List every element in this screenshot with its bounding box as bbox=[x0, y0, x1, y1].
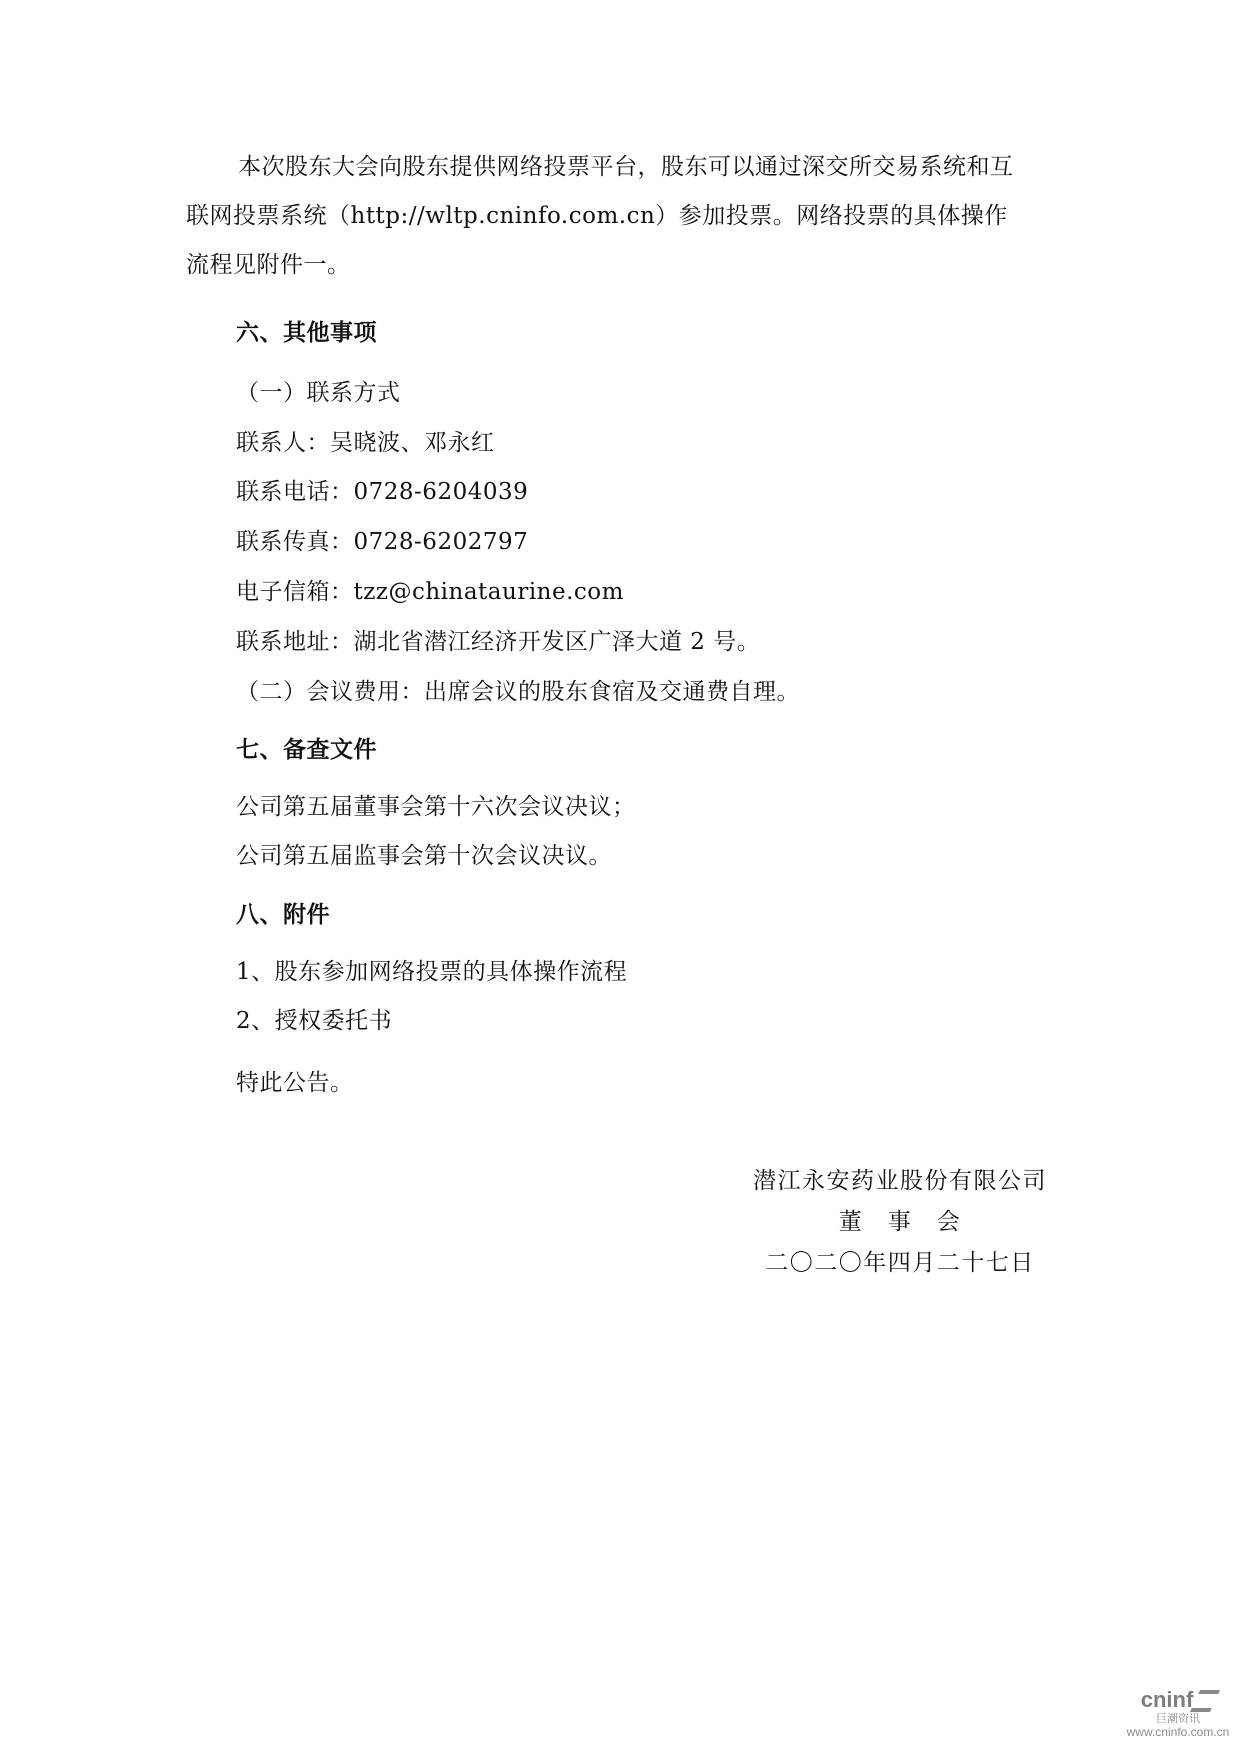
section-7-heading: 七、备查文件 bbox=[236, 735, 377, 765]
contact-person: 联系人：吴晓波、邓永红 bbox=[236, 428, 495, 458]
cninfo-watermark: cninf 巨潮资讯 www.cninfo.com.cn bbox=[1118, 1688, 1238, 1748]
cninfo-chinese-name: 巨潮资讯 bbox=[1118, 1712, 1238, 1725]
meeting-fee-note: （二）会议费用：出席会议的股东食宿及交通费自理。 bbox=[236, 677, 800, 707]
signature-board: 董 事 会 bbox=[740, 1207, 1060, 1237]
cninfo-swirl-icon bbox=[1190, 1690, 1220, 1712]
document-page: 本次股东大会向股东提供网络投票平台，股东可以通过深交所交易系统和互 联网投票系统… bbox=[0, 0, 1241, 1754]
contact-fax: 联系传真：0728-6202797 bbox=[236, 527, 528, 557]
closing-statement: 特此公告。 bbox=[236, 1068, 354, 1098]
contact-address: 联系地址：湖北省潜江经济开发区广泽大道 2 号。 bbox=[236, 627, 760, 657]
contact-email: 电子信箱：tzz@chinataurine.com bbox=[236, 577, 624, 607]
section-8-heading: 八、附件 bbox=[236, 900, 330, 930]
reference-doc-1: 公司第五届董事会第十六次会议决议； bbox=[236, 792, 636, 822]
attachment-2: 2、授权委托书 bbox=[236, 1006, 392, 1036]
cninfo-logo: cninf bbox=[1118, 1688, 1238, 1712]
intro-line-3: 流程见附件一。 bbox=[186, 250, 351, 280]
section-6-heading: 六、其他事项 bbox=[236, 318, 377, 348]
cninfo-url: www.cninfo.com.cn bbox=[1118, 1725, 1238, 1739]
signature-date: 二〇二〇年四月二十七日 bbox=[740, 1248, 1060, 1278]
intro-line-2: 联网投票系统（http://wltp.cninfo.com.cn）参加投票。网络… bbox=[186, 201, 1008, 231]
contact-subheading: （一）联系方式 bbox=[236, 378, 401, 408]
contact-phone: 联系电话：0728-6204039 bbox=[236, 477, 528, 507]
attachment-1: 1、股东参加网络投票的具体操作流程 bbox=[236, 957, 627, 987]
signature-company: 潜江永安药业股份有限公司 bbox=[740, 1166, 1060, 1196]
intro-line-1: 本次股东大会向股东提供网络投票平台，股东可以通过深交所交易系统和互 bbox=[238, 152, 1014, 182]
reference-doc-2: 公司第五届监事会第十次会议决议。 bbox=[236, 841, 612, 871]
